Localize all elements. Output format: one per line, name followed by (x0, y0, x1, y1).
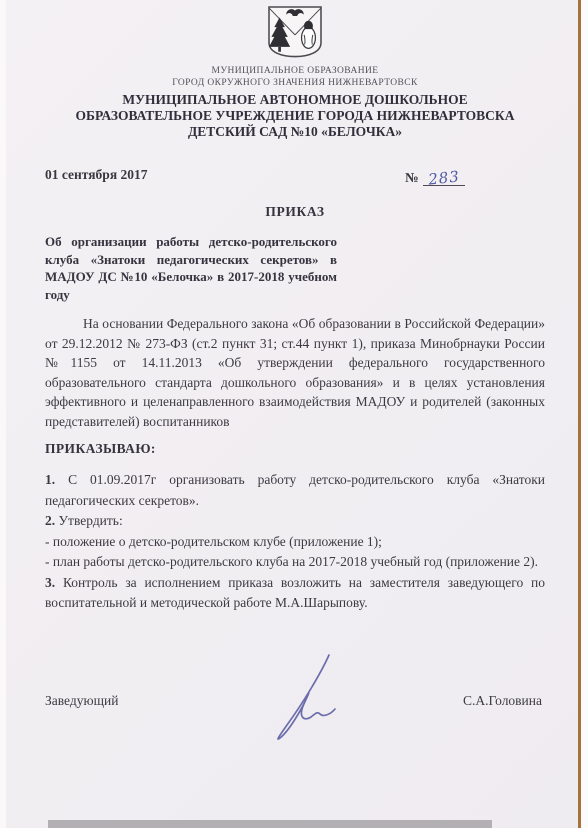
item-text: Утвердить: (59, 513, 123, 528)
handwritten-order-number: 283 (427, 167, 460, 188)
item-number: 3. (45, 575, 55, 590)
item-text: С 01.09.2017г организовать работу детско… (45, 472, 545, 508)
document-body: МУНИЦИПАЛЬНОЕ ОБРАЗОВАНИЕ ГОРОД ОКРУЖНОГ… (45, 6, 545, 713)
scan-bottom-bar (48, 820, 492, 828)
title-line-1: МУНИЦИПАЛЬНОЕ АВТОНОМНОЕ ДОШКОЛЬНОЕ (45, 92, 545, 108)
number-sign-label: № (405, 170, 419, 185)
org-line-1: МУНИЦИПАЛЬНОЕ ОБРАЗОВАНИЕ (45, 65, 545, 77)
order-item-2-sub-2: - план работы детско-родительского клуба… (45, 552, 545, 573)
title-line-3: ДЕТСКИЙ САД №10 «БЕЛОЧКА» (45, 124, 545, 140)
item-text: - положение о детско-родительском клубе … (45, 534, 382, 549)
document-type-heading: ПРИКАЗ (45, 204, 545, 220)
emblem-wrap (45, 6, 545, 62)
order-item-1: 1. С 01.09.2017г организовать работу дет… (45, 470, 545, 511)
order-number-block: №283 (405, 167, 465, 186)
order-subject: Об организации работы детско-родительско… (45, 233, 337, 303)
item-text: Контроль за исполнением приказа возложит… (45, 575, 545, 611)
order-command-heading: ПРИКАЗЫВАЮ: (45, 441, 545, 457)
order-preamble: На основании Федерального закона «Об обр… (45, 314, 545, 431)
item-number: 1. (45, 472, 55, 487)
city-coat-of-arms-icon (264, 6, 326, 58)
municipal-org-lines: МУНИЦИПАЛЬНОЕ ОБРАЗОВАНИЕ ГОРОД ОКРУЖНОГ… (45, 65, 545, 89)
signer-name: С.А.Головина (463, 693, 542, 709)
scanned-order-page: МУНИЦИПАЛЬНОЕ ОБРАЗОВАНИЕ ГОРОД ОКРУЖНОГ… (0, 0, 588, 828)
order-item-2-sub-1: - положение о детско-родительском клубе … (45, 532, 545, 553)
scan-right-margin (581, 0, 588, 828)
item-text: - план работы детско-родительского клуба… (45, 554, 538, 569)
item-number: 2. (45, 513, 55, 528)
handwritten-signature (245, 645, 360, 745)
date-number-row: 01 сентября 2017 №283 (45, 167, 545, 187)
order-items-list: 1. С 01.09.2017г организовать работу дет… (45, 470, 545, 614)
title-line-2: ОБРАЗОВАТЕЛЬНОЕ УЧРЕЖДЕНИЕ ГОРОДА НИЖНЕВ… (45, 108, 545, 124)
scan-left-edge (0, 0, 6, 828)
order-item-2: 2. Утвердить: (45, 511, 545, 532)
institution-title: МУНИЦИПАЛЬНОЕ АВТОНОМНОЕ ДОШКОЛЬНОЕ ОБРА… (45, 92, 545, 140)
order-item-3: 3. Контроль за исполнением приказа возло… (45, 573, 545, 614)
signer-position-label: Заведующий (45, 693, 118, 709)
org-line-2: ГОРОД ОКРУЖНОГО ЗНАЧЕНИЯ НИЖНЕВАРТОВСК (45, 77, 545, 89)
order-date: 01 сентября 2017 (45, 167, 148, 183)
number-underline: 283 (423, 167, 465, 186)
